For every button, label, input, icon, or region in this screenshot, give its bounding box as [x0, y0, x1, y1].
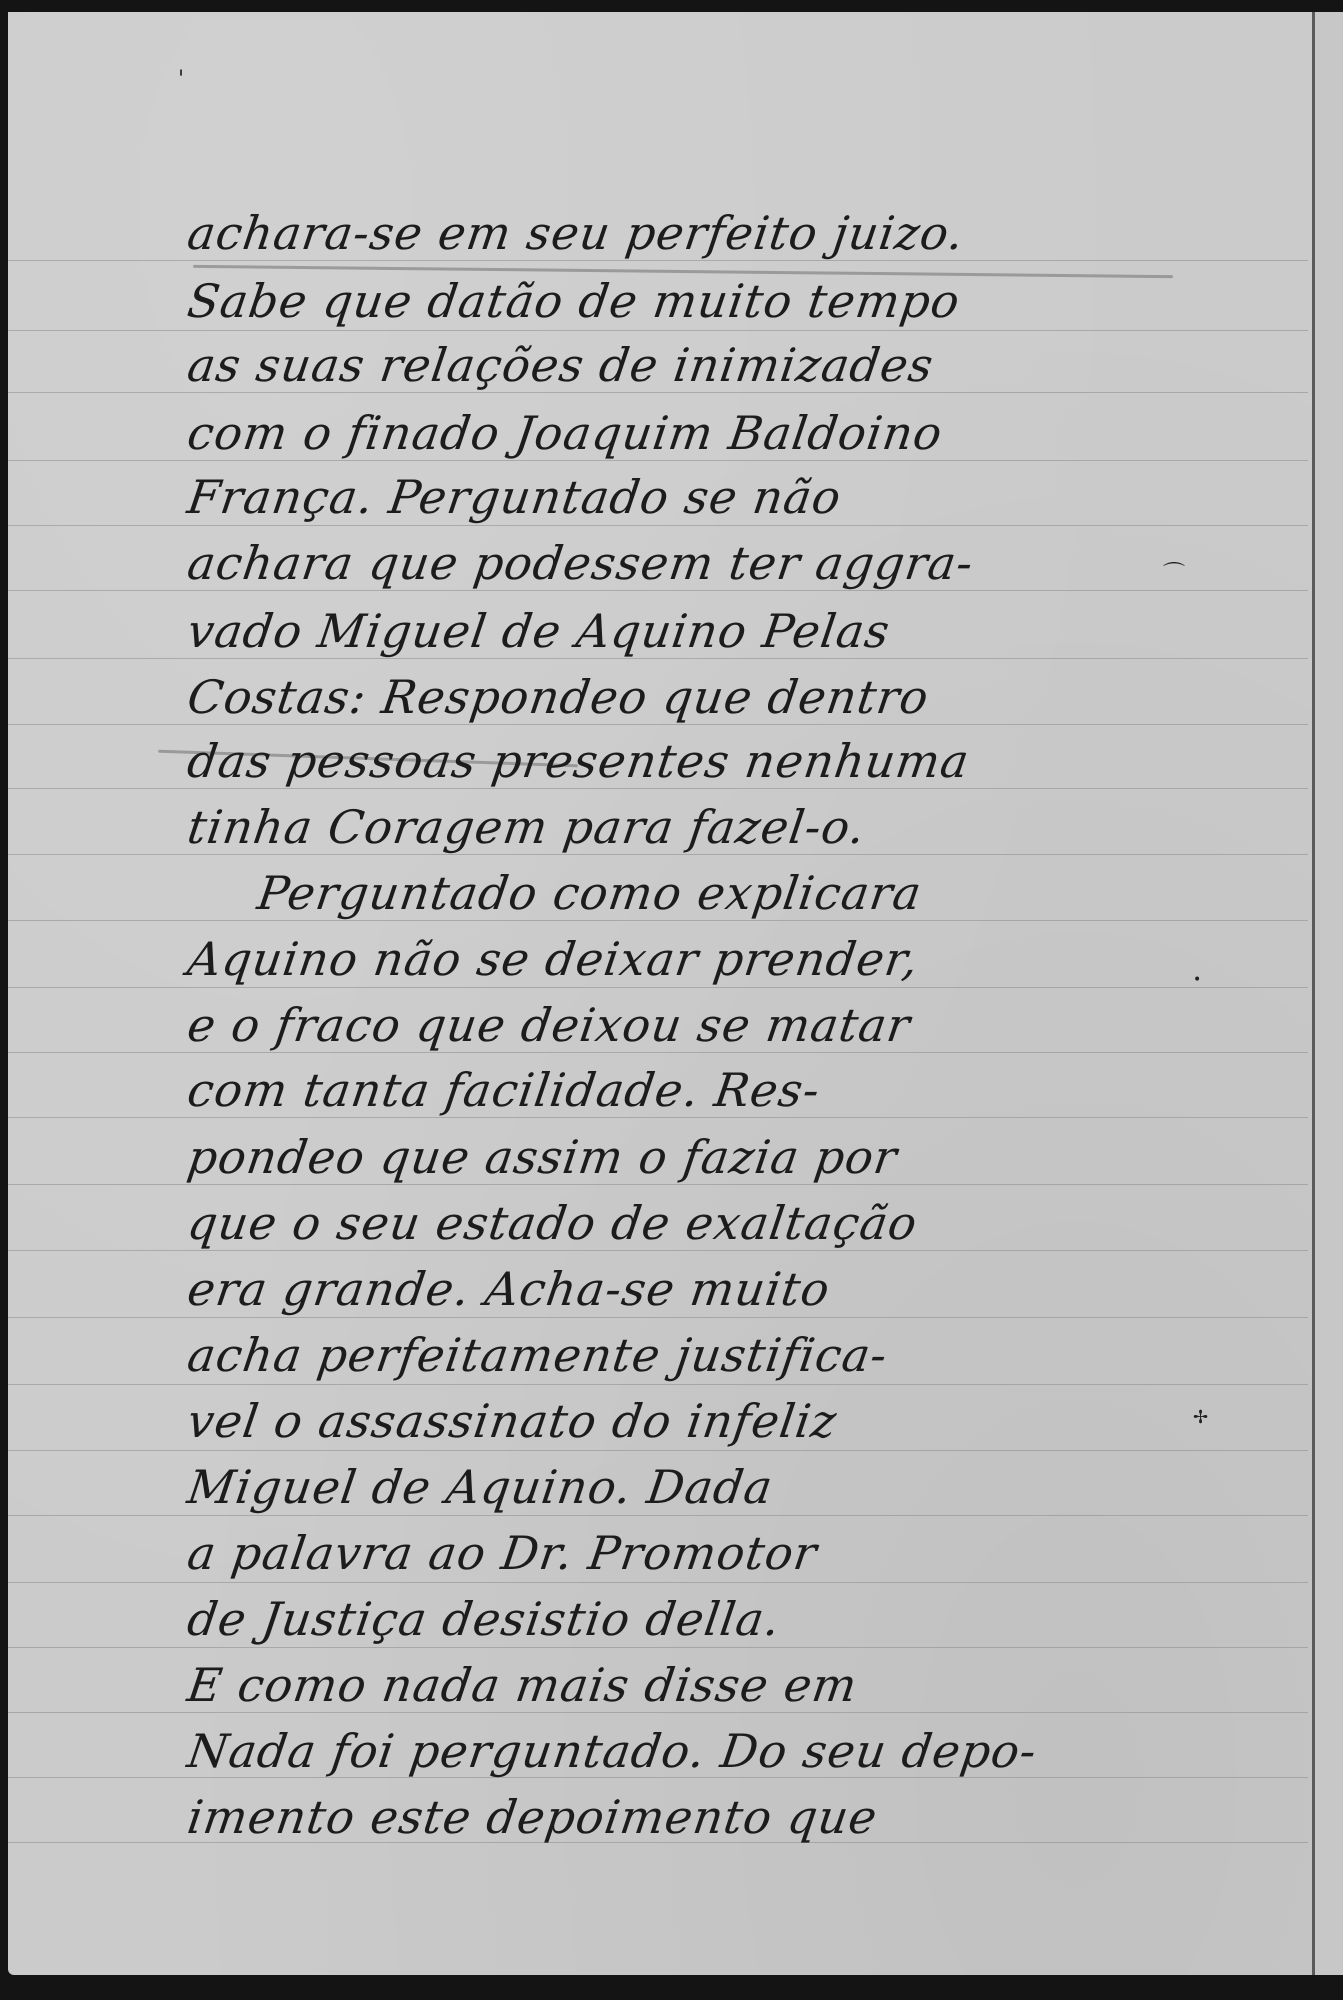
handwritten-line: Sabe que datão de muito tempo: [183, 266, 1113, 336]
margin-tick-mark: ': [178, 67, 184, 92]
handwritten-line: França. Perguntado se não: [183, 462, 1113, 532]
handwritten-line: Miguel de Aquino. Dada: [183, 1452, 1113, 1522]
handwritten-line: das pessoas presentes nenhuma: [183, 726, 1113, 796]
handwritten-line: Perguntado como explicara: [253, 858, 1183, 928]
handwritten-line: era grande. Acha-se muito: [183, 1254, 1113, 1324]
handwritten-line: as suas relações de inimizades: [183, 330, 1113, 400]
handwritten-line: imento este depoimento que: [183, 1782, 1113, 1852]
margin-mark: ✢: [1193, 1407, 1208, 1428]
manuscript-page: ' ⌒ • ✢ achara-se em seu perfeito juizo.…: [8, 12, 1343, 1975]
handwritten-line: Nada foi perguntado. Do seu depo-: [183, 1716, 1113, 1786]
handwritten-line: vel o assassinato do infeliz: [183, 1386, 1113, 1456]
margin-mark: ⌒: [1163, 557, 1185, 588]
handwritten-line: vado Miguel de Aquino Pelas: [183, 596, 1113, 666]
handwritten-line: tinha Coragem para fazel-o.: [183, 792, 1113, 862]
handwritten-line: e o fraco que deixou se matar: [183, 990, 1113, 1060]
handwritten-line: pondeo que assim o fazia por: [183, 1122, 1113, 1192]
handwritten-line: a palavra ao Dr. Promotor: [183, 1518, 1113, 1588]
handwritten-line: com o finado Joaquim Baldoino: [183, 398, 1113, 468]
handwritten-line: Aquino não se deixar prender,: [183, 924, 1113, 994]
handwritten-line: Costas: Respondeo que dentro: [183, 662, 1113, 732]
handwritten-line: E como nada mais disse em: [183, 1650, 1113, 1720]
handwritten-line: achara-se em seu perfeito juizo.: [183, 198, 1113, 268]
margin-mark: •: [1193, 972, 1201, 988]
handwritten-line: achara que podessem ter aggra-: [183, 528, 1113, 598]
handwritten-line: com tanta facilidade. Res-: [183, 1055, 1113, 1125]
handwritten-line: que o seu estado de exaltação: [183, 1188, 1113, 1258]
handwritten-line: acha perfeitamente justifica-: [183, 1320, 1113, 1390]
handwritten-line: de Justiça desistio della.: [183, 1584, 1113, 1654]
